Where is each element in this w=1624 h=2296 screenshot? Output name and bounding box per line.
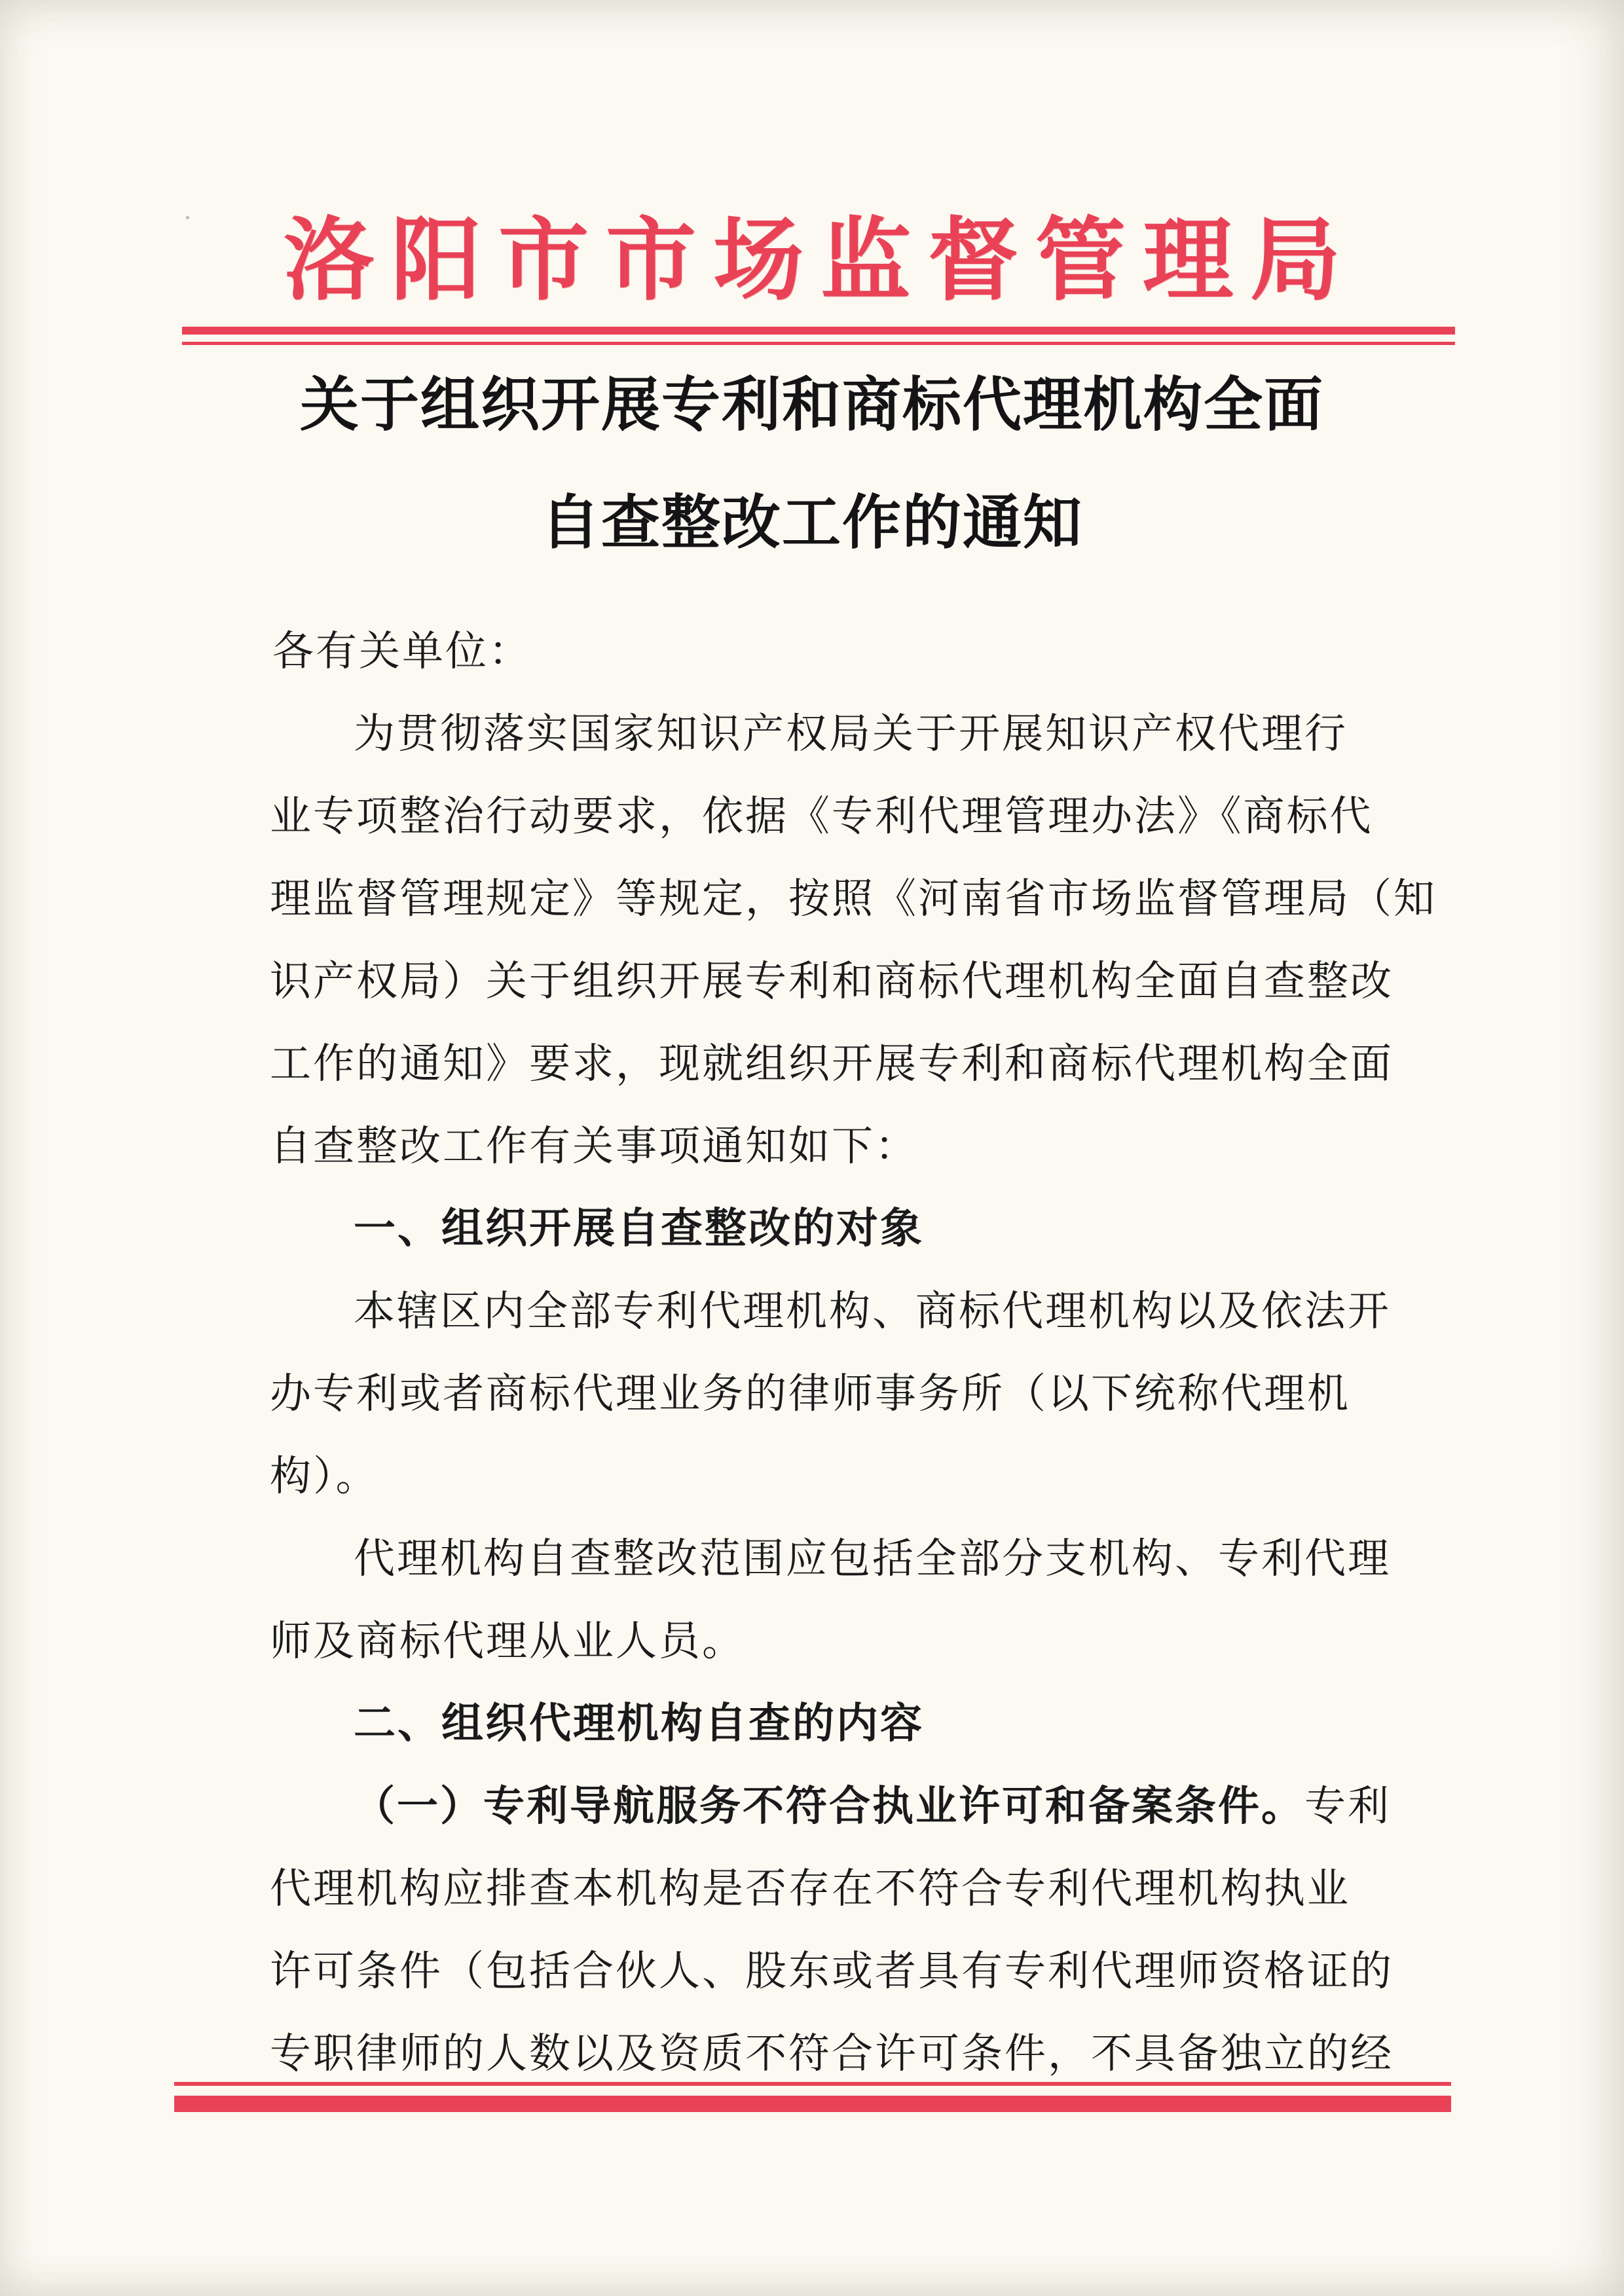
para1-line6: 自查整改工作有关事项通知如下： [270,1126,918,1167]
para1-line1: 为贯彻落实国家知识产权局关于开展知识产权代理行 [354,714,1348,755]
issuing-authority-text: 洛阳市市场监督管理局 [284,211,1357,311]
footer-rule-thick [174,2096,1451,2112]
section2-item1-line1: （一）专利导航服务不符合执业许可和备案条件。专利 [354,1786,1391,1827]
item1-after-bold: 专利 [1304,1783,1391,1829]
scan-speck [434,398,436,401]
scanned-notice-page: 洛阳市市场监督管理局 关于组织开展专利和商标代理机构全面 自查整改工作的通知 各… [0,0,1624,2296]
header-rule-thin [182,342,1455,345]
section2-heading: 二、组织代理机构自查的内容 [354,1702,924,1744]
section1-para1-line2: 办专利或者商标代理业务的律师事务所（以下统称代理机 [270,1374,1350,1415]
footer-rule-thin [174,2082,1451,2086]
para1-line3: 理监督管理规定》等规定，按照《河南省市场监督管理局（知 [270,879,1437,920]
para1-line2: 业专项整治行动要求，依据《专利代理管理办法》《商标代 [270,796,1373,837]
section1-para2-line2: 师及商标代理从业人员。 [270,1621,745,1662]
section2-item1-line3: 许可条件（包括合伙人、股东或者具有专利代理师资格证的 [270,1951,1393,1992]
document-title-line1: 关于组织开展专利和商标代理机构全面 [0,376,1624,435]
section1-para1-line1: 本辖区内全部专利代理机构、商标代理机构以及依法开 [354,1291,1391,1332]
document-title-line2: 自查整改工作的通知 [0,494,1624,553]
section1-para2-line1: 代理机构自查整改范围应包括全部分支机构、专利代理 [354,1539,1391,1580]
scan-speck [186,216,189,219]
section2-item1-line2: 代理机构应排查本机构是否存在不符合专利代理机构执业 [270,1868,1350,1910]
issuing-authority-title: 洛阳市市场监督管理局 [0,216,1624,306]
section2-item1-line4: 专职律师的人数以及资质不符合许可条件，不具备独立的经 [270,2033,1393,2075]
salutation: 各有关单位： [272,631,532,672]
section1-para1-line3: 构）。 [270,1456,379,1497]
section1-heading: 一、组织开展自查整改的对象 [354,1207,924,1249]
scan-speck [359,221,361,224]
para1-line4: 识产权局）关于组织开展专利和商标代理机构全面自查整改 [270,961,1393,1002]
item1-bold-lead: （一）专利导航服务不符合执业许可和备案条件。 [354,1783,1304,1829]
header-rule-thick [182,327,1455,335]
para1-line5: 工作的通知》要求，现就组织开展专利和商标代理机构全面 [270,1044,1393,1085]
